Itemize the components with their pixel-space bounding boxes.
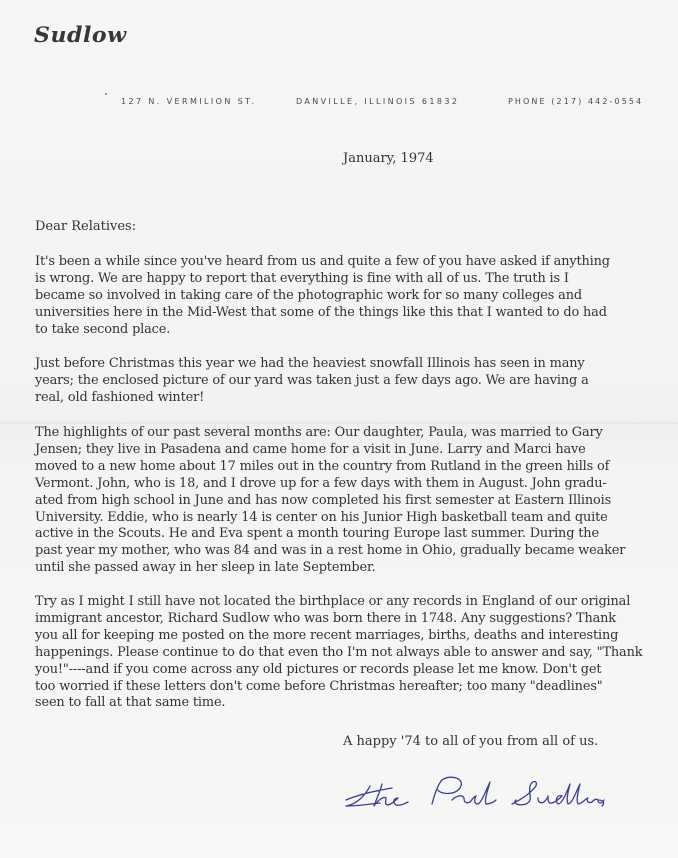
text-line: years; the enclosed picture of our yard … (35, 373, 665, 390)
text-line: past year my mother, who was 84 and was … (35, 543, 665, 560)
text-line: to take second place. (35, 322, 665, 339)
text-line: too worried if these letters don't come … (35, 679, 665, 696)
letter-date: January, 1974 (343, 151, 434, 166)
letterhead-street: 127 N. VERMILION ST. (121, 97, 256, 106)
text-line: happenings. Please continue to do that e… (35, 645, 665, 662)
paragraph-family-highlights: The highlights of our past several month… (35, 425, 665, 577)
letterhead-city: DANVILLE, ILLINOIS 61832 (296, 97, 459, 106)
text-line: universities here in the Mid-West that s… (35, 305, 665, 322)
text-line: until she passed away in her sleep in la… (35, 560, 665, 577)
text-line: is wrong. We are happy to report that ev… (35, 271, 665, 288)
text-line: seen to fall at that same time. (35, 695, 665, 712)
text-line: University. Eddie, who is nearly 14 is c… (35, 510, 665, 527)
paper-fold-line (0, 422, 678, 424)
paragraph-intro: It's been a while since you've heard fro… (35, 254, 665, 339)
text-line: active in the Scouts. He and Eva spent a… (35, 526, 665, 543)
text-line: ated from high school in June and has no… (35, 493, 665, 510)
text-line: Jensen; they live in Pasadena and came h… (35, 442, 665, 459)
letterhead-phone: PHONE (217) 442-0554 (508, 97, 643, 106)
letter-closing: A happy '74 to all of you from all of us… (343, 734, 598, 749)
text-line: immigrant ancestor, Richard Sudlow who w… (35, 611, 665, 628)
text-line: Try as I might I still have not located … (35, 594, 665, 611)
paragraph-snowfall: Just before Christmas this year we had t… (35, 356, 665, 407)
letter-page: Sudlow 127 N. VERMILION ST. DANVILLE, IL… (0, 0, 678, 858)
letterhead-logo: Sudlow (34, 22, 127, 47)
text-line: you!"----and if you come across any old … (35, 662, 665, 679)
text-line: became so involved in taking care of the… (35, 288, 665, 305)
letter-salutation: Dear Relatives: (35, 219, 136, 234)
handwritten-signature: The Paul Sudlows (340, 770, 610, 820)
text-line: moved to a new home about 17 miles out i… (35, 459, 665, 476)
text-line: Just before Christmas this year we had t… (35, 356, 665, 373)
paragraph-genealogy: Try as I might I still have not located … (35, 594, 665, 712)
letterhead-mark (105, 93, 107, 95)
text-line: Vermont. John, who is 18, and I drove up… (35, 476, 665, 493)
text-line: It's been a while since you've heard fro… (35, 254, 665, 271)
text-line: real, old fashioned winter! (35, 390, 665, 407)
text-line: The highlights of our past several month… (35, 425, 665, 442)
text-line: you all for keeping me posted on the mor… (35, 628, 665, 645)
